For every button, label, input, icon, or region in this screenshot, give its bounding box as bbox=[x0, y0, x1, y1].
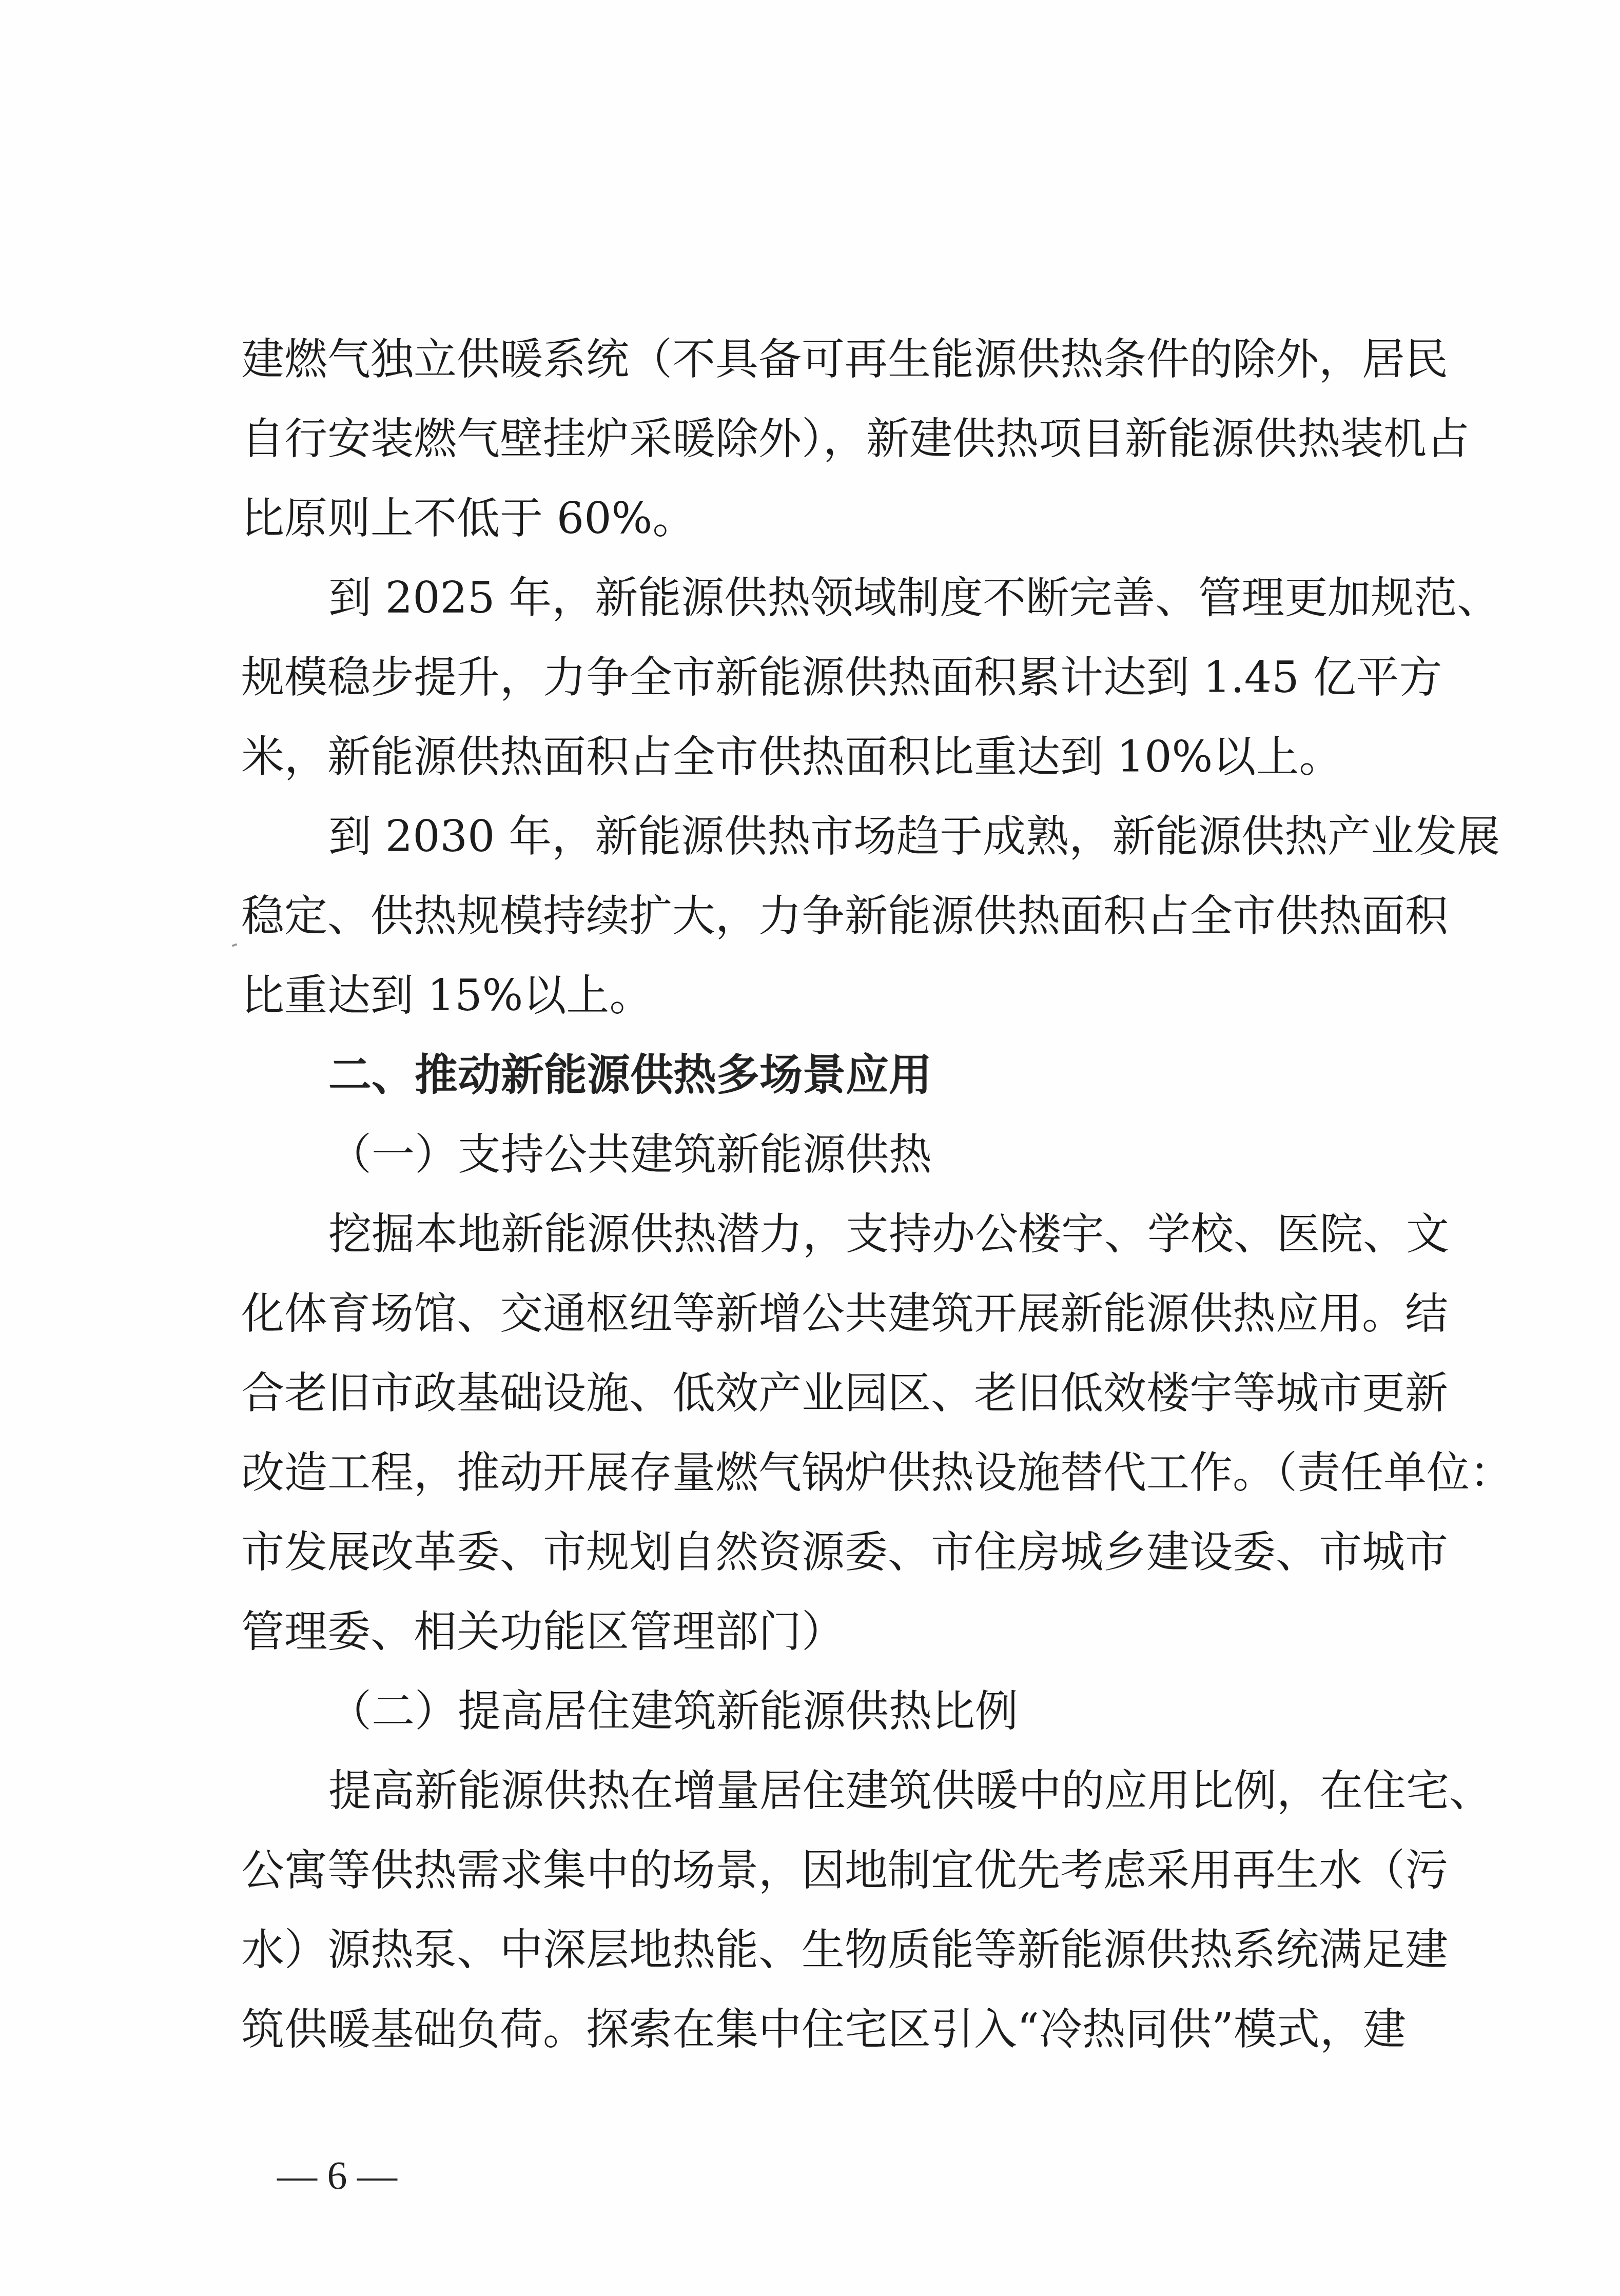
page-number: — 6 — bbox=[277, 2145, 397, 2206]
text-line: 市发展改革委、市规划自然资源委、市住房城乡建设委、市城市 bbox=[241, 1521, 1406, 1583]
text-line: 稳定、供热规模持续扩大，力争新能源供热面积占全市供热面积 bbox=[241, 885, 1406, 947]
subsection-heading: （二）提高居住建筑新能源供热比例 bbox=[328, 1680, 1406, 1742]
text-line: 筑供暖基础负荷。探索在集中住宅区引入“冷热同供”模式，建 bbox=[241, 1998, 1406, 2060]
text-line: 管理委、相关功能区管理部门） bbox=[241, 1601, 1406, 1662]
text-line: 比重达到 15%以上。 bbox=[241, 965, 1406, 1026]
text-line: 化体育场馆、交通枢纽等新增公共建筑开展新能源供热应用。结 bbox=[241, 1283, 1406, 1344]
section-heading: 二、推动新能源供热多场景应用 bbox=[328, 1044, 1406, 1106]
text-line: 挖掘本地新能源供热潜力，支持办公楼宇、学校、医院、文 bbox=[328, 1203, 1406, 1265]
text-line: 公寓等供热需求集中的场景，因地制宜优先考虑采用再生水（污 bbox=[241, 1839, 1406, 1901]
text-line: 到 2025 年，新能源供热领域制度不断完善、管理更加规范、 bbox=[328, 567, 1406, 629]
text-line: 提高新能源供热在增量居住建筑供暖中的应用比例，在住宅、 bbox=[328, 1760, 1406, 1821]
text-line: 米，新能源供热面积占全市供热面积比重达到 10%以上。 bbox=[241, 726, 1406, 788]
text-line: 规模稳步提升，力争全市新能源供热面积累计达到 1.45 亿平方 bbox=[241, 646, 1406, 708]
text-line: 建燃气独立供暖系统（不具备可再生能源供热条件的除外，居民 bbox=[241, 328, 1406, 390]
text-line: 水）源热泵、中深层地热能、生物质能等新能源供热系统满足建 bbox=[241, 1919, 1406, 1980]
text-line: 自行安装燃气壁挂炉采暖除外），新建供热项目新能源供热装机占 bbox=[241, 408, 1406, 469]
text-line: 到 2030 年，新能源供热市场趋于成熟，新能源供热产业发展 bbox=[328, 806, 1406, 867]
text-line: 比原则上不低于 60%。 bbox=[241, 487, 1406, 549]
text-line: 改造工程，推动开展存量燃气锅炉供热设施替代工作。（责任单位： bbox=[241, 1442, 1406, 1503]
document-page: 建燃气独立供暖系统（不具备可再生能源供热条件的除外，居民 自行安装燃气壁挂炉采暖… bbox=[0, 0, 1620, 2296]
subsection-heading: （一）支持公共建筑新能源供热 bbox=[328, 1124, 1406, 1185]
scan-artifact bbox=[232, 943, 238, 947]
text-line: 合老旧市政基础设施、低效产业园区、老旧低效楼宇等城市更新 bbox=[241, 1362, 1406, 1424]
